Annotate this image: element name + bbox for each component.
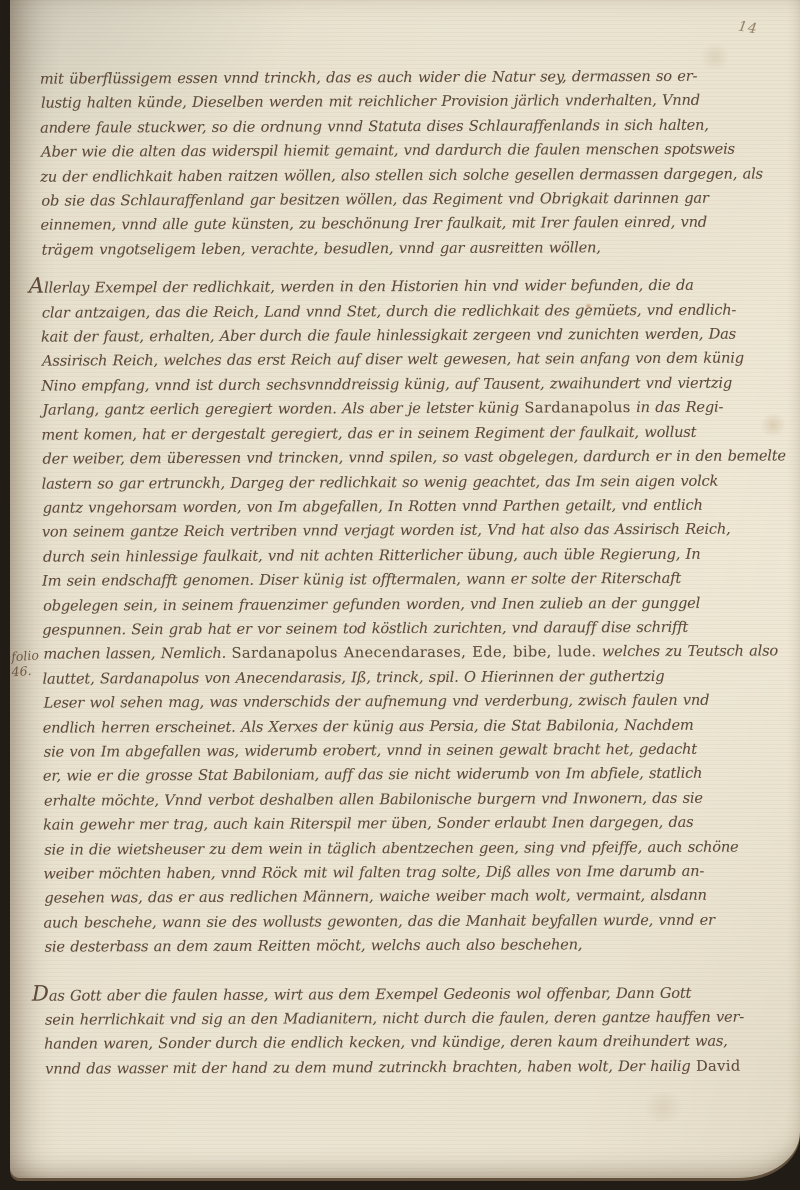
text-line: sie in die wietsheuser zu dem wein in tä…	[44, 835, 774, 863]
text-line: lauttet, Sardanapolus von Anecendarasis,…	[42, 664, 772, 692]
text-line: Das Gott aber die faulen hasse, wirt aus…	[44, 978, 774, 1009]
text-line: endlich herren erscheinet. Als Xerxes de…	[43, 713, 773, 741]
text-line: sie von Im abgefallen was, widerumb erob…	[44, 737, 774, 765]
text-line: Leser wol sehen mag, was vnderschids der…	[44, 689, 774, 717]
latin-script-text: David	[696, 1057, 741, 1074]
text-line: mit überflüssigem essen vnnd trinckh, da…	[40, 64, 770, 92]
text-line: Jarlang, gantz eerlich geregiert worden.…	[42, 396, 772, 424]
text-line: gantz vngehorsam worden, von Im abgefall…	[43, 493, 773, 521]
text-line: gespunnen. Sein grab hat er vor seinem t…	[42, 615, 772, 643]
text-line: der weiber, dem überessen vnd trincken, …	[42, 444, 772, 472]
text-line: ob sie das Schlauraffenland gar besitzen…	[41, 186, 771, 214]
text-block: mit überflüssigem essen vnnd trinckh, da…	[40, 64, 774, 1081]
text-line: handen waren, Sonder durch die endlich k…	[44, 1030, 774, 1058]
text-line: einnemen, vnnd alle gute künsten, zu bes…	[40, 211, 770, 239]
text-line: Assirisch Reich, welches das erst Reich …	[42, 347, 772, 375]
text-line: er, wie er die grosse Stat Babiloniam, a…	[43, 762, 773, 790]
text-line: Nino empfang, vnnd ist durch sechsvnnddr…	[41, 371, 771, 399]
kurrent-script-text: machen lassen, Nemlich.	[43, 645, 231, 663]
kurrent-script-text: Jarlang, gantz eerlich geregiert worden.…	[42, 400, 524, 419]
foxing-stain	[640, 1092, 686, 1122]
paragraph: mit überflüssigem essen vnnd trinckh, da…	[40, 64, 771, 262]
text-line: sie desterbass an dem zaum Reitten möcht…	[45, 933, 775, 961]
kurrent-script-text: welches zu Teutsch also	[596, 643, 778, 661]
latin-script-text: Sardanapolus	[524, 399, 630, 416]
folio-number: 14	[737, 19, 759, 38]
text-line: vnnd das wasser mit der hand zu dem mund…	[45, 1054, 775, 1082]
text-line: obgelegen sein, in seinem frauenzimer ge…	[43, 591, 773, 619]
text-line: andere faule stuckwer, so die ordnung vn…	[40, 113, 770, 141]
text-line: Allerlay Exempel der redlichkait, werden…	[41, 271, 771, 302]
kurrent-script-text: in das Regi-	[631, 399, 724, 416]
text-line: kain gewehr mer trag, auch kain Riterspi…	[43, 811, 773, 839]
text-line: durch sein hinlessige faulkait, vnd nit …	[43, 542, 773, 570]
text-line: Aber wie die alten das widerspil hiemit …	[41, 138, 771, 166]
text-line: trägem vngotseligem leben, verachte, bes…	[42, 235, 772, 263]
text-line: erhalte möchte, Vnnd verbot deshalben al…	[44, 786, 774, 814]
text-line: kait der faust, erhalten, Aber durch die…	[41, 322, 771, 350]
paragraph: Allerlay Exempel der redlichkait, werden…	[41, 271, 774, 961]
text-line: auch beschehe, wann sie des wollusts gew…	[43, 908, 773, 936]
kurrent-script-text: vnnd das wasser mit der hand zu dem mund…	[45, 1058, 696, 1078]
text-line: Im sein endschafft genomen. Diser künig …	[42, 567, 772, 595]
text-line: lastern so gar ertrunckh, Dargeg der red…	[42, 469, 772, 497]
text-line: sein herrlichkait vnd sig an den Madiani…	[45, 1005, 775, 1033]
text-line: gesehen was, das er aus redlichen Männer…	[44, 884, 774, 912]
text-line: zu der endlichkait haben raitzen wöllen,…	[40, 162, 770, 190]
text-line: weiber möchten haben, vnnd Röck mit wil …	[43, 859, 773, 887]
text-line: von seinem gantze Reich vertriben vnnd v…	[42, 518, 772, 546]
text-line: ment komen, hat er dergestalt geregiert,…	[41, 420, 771, 448]
text-line: machen lassen, Nemlich. Sardanapolus Ane…	[43, 640, 773, 668]
book-background: { "page": { "folio_number": "14", "margi…	[0, 0, 800, 1190]
latin-script-text: Sardanapolus Anecendarases, Ede, bibe, l…	[231, 644, 596, 663]
text-line: lustig halten künde, Dieselben werden mi…	[41, 89, 771, 117]
manuscript-page: 14 ':folio 46. mit überflüssigem essen v…	[10, 0, 800, 1178]
text-line: clar antzaigen, das die Reich, Land vnnd…	[42, 298, 772, 326]
paragraph: Das Gott aber die faulen hasse, wirt aus…	[44, 978, 774, 1082]
